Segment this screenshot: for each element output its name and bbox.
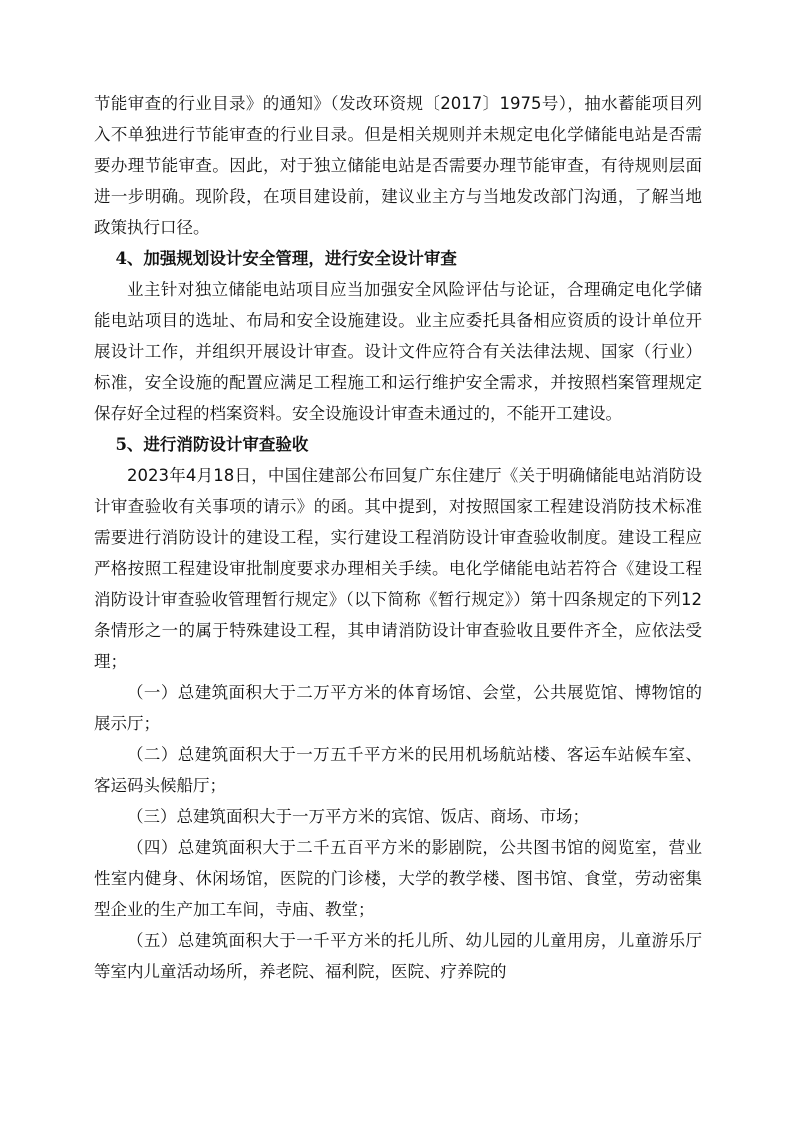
paragraph-safety-design: 业主针对独立储能电站项目应当加强安全风险评估与论证，合理确定电化学储能电站项目的… [94, 274, 702, 429]
list-item-3: （三）总建筑面积大于一万平方米的宾馆、饭店、商场、市场； [94, 801, 702, 832]
list-item-1: （一）总建筑面积大于二万平方米的体育场馆、会堂，公共展览馆、博物馆的展示厅； [94, 677, 702, 739]
list-item-2: （二）总建筑面积大于一万五千平方米的民用机场航站楼、客运车站候车室、客运码头候船… [94, 739, 702, 801]
list-item-4: （四）总建筑面积大于二千五百平方米的影剧院，公共图书馆的阅览室，营业性室内健身、… [94, 832, 702, 925]
paragraph-energy-review: 节能审查的行业目录》的通知》（发改环资规〔2017〕1975号），抽水蓄能项目列… [94, 88, 702, 243]
paragraph-fire-review: 2023年4月18日，中国住建部公布回复广东住建厅《关于明确储能电站消防设计审查… [94, 460, 702, 677]
heading-safety-design-review: 4、加强规划设计安全管理，进行安全设计审查 [94, 243, 702, 274]
document-page: 节能审查的行业目录》的通知》（发改环资规〔2017〕1975号），抽水蓄能项目列… [94, 88, 702, 987]
list-item-5: （五）总建筑面积大于一千平方米的托儿所、幼儿园的儿童用房，儿童游乐厅等室内儿童活… [94, 925, 702, 987]
heading-fire-design-review: 5、进行消防设计审查验收 [94, 429, 702, 460]
